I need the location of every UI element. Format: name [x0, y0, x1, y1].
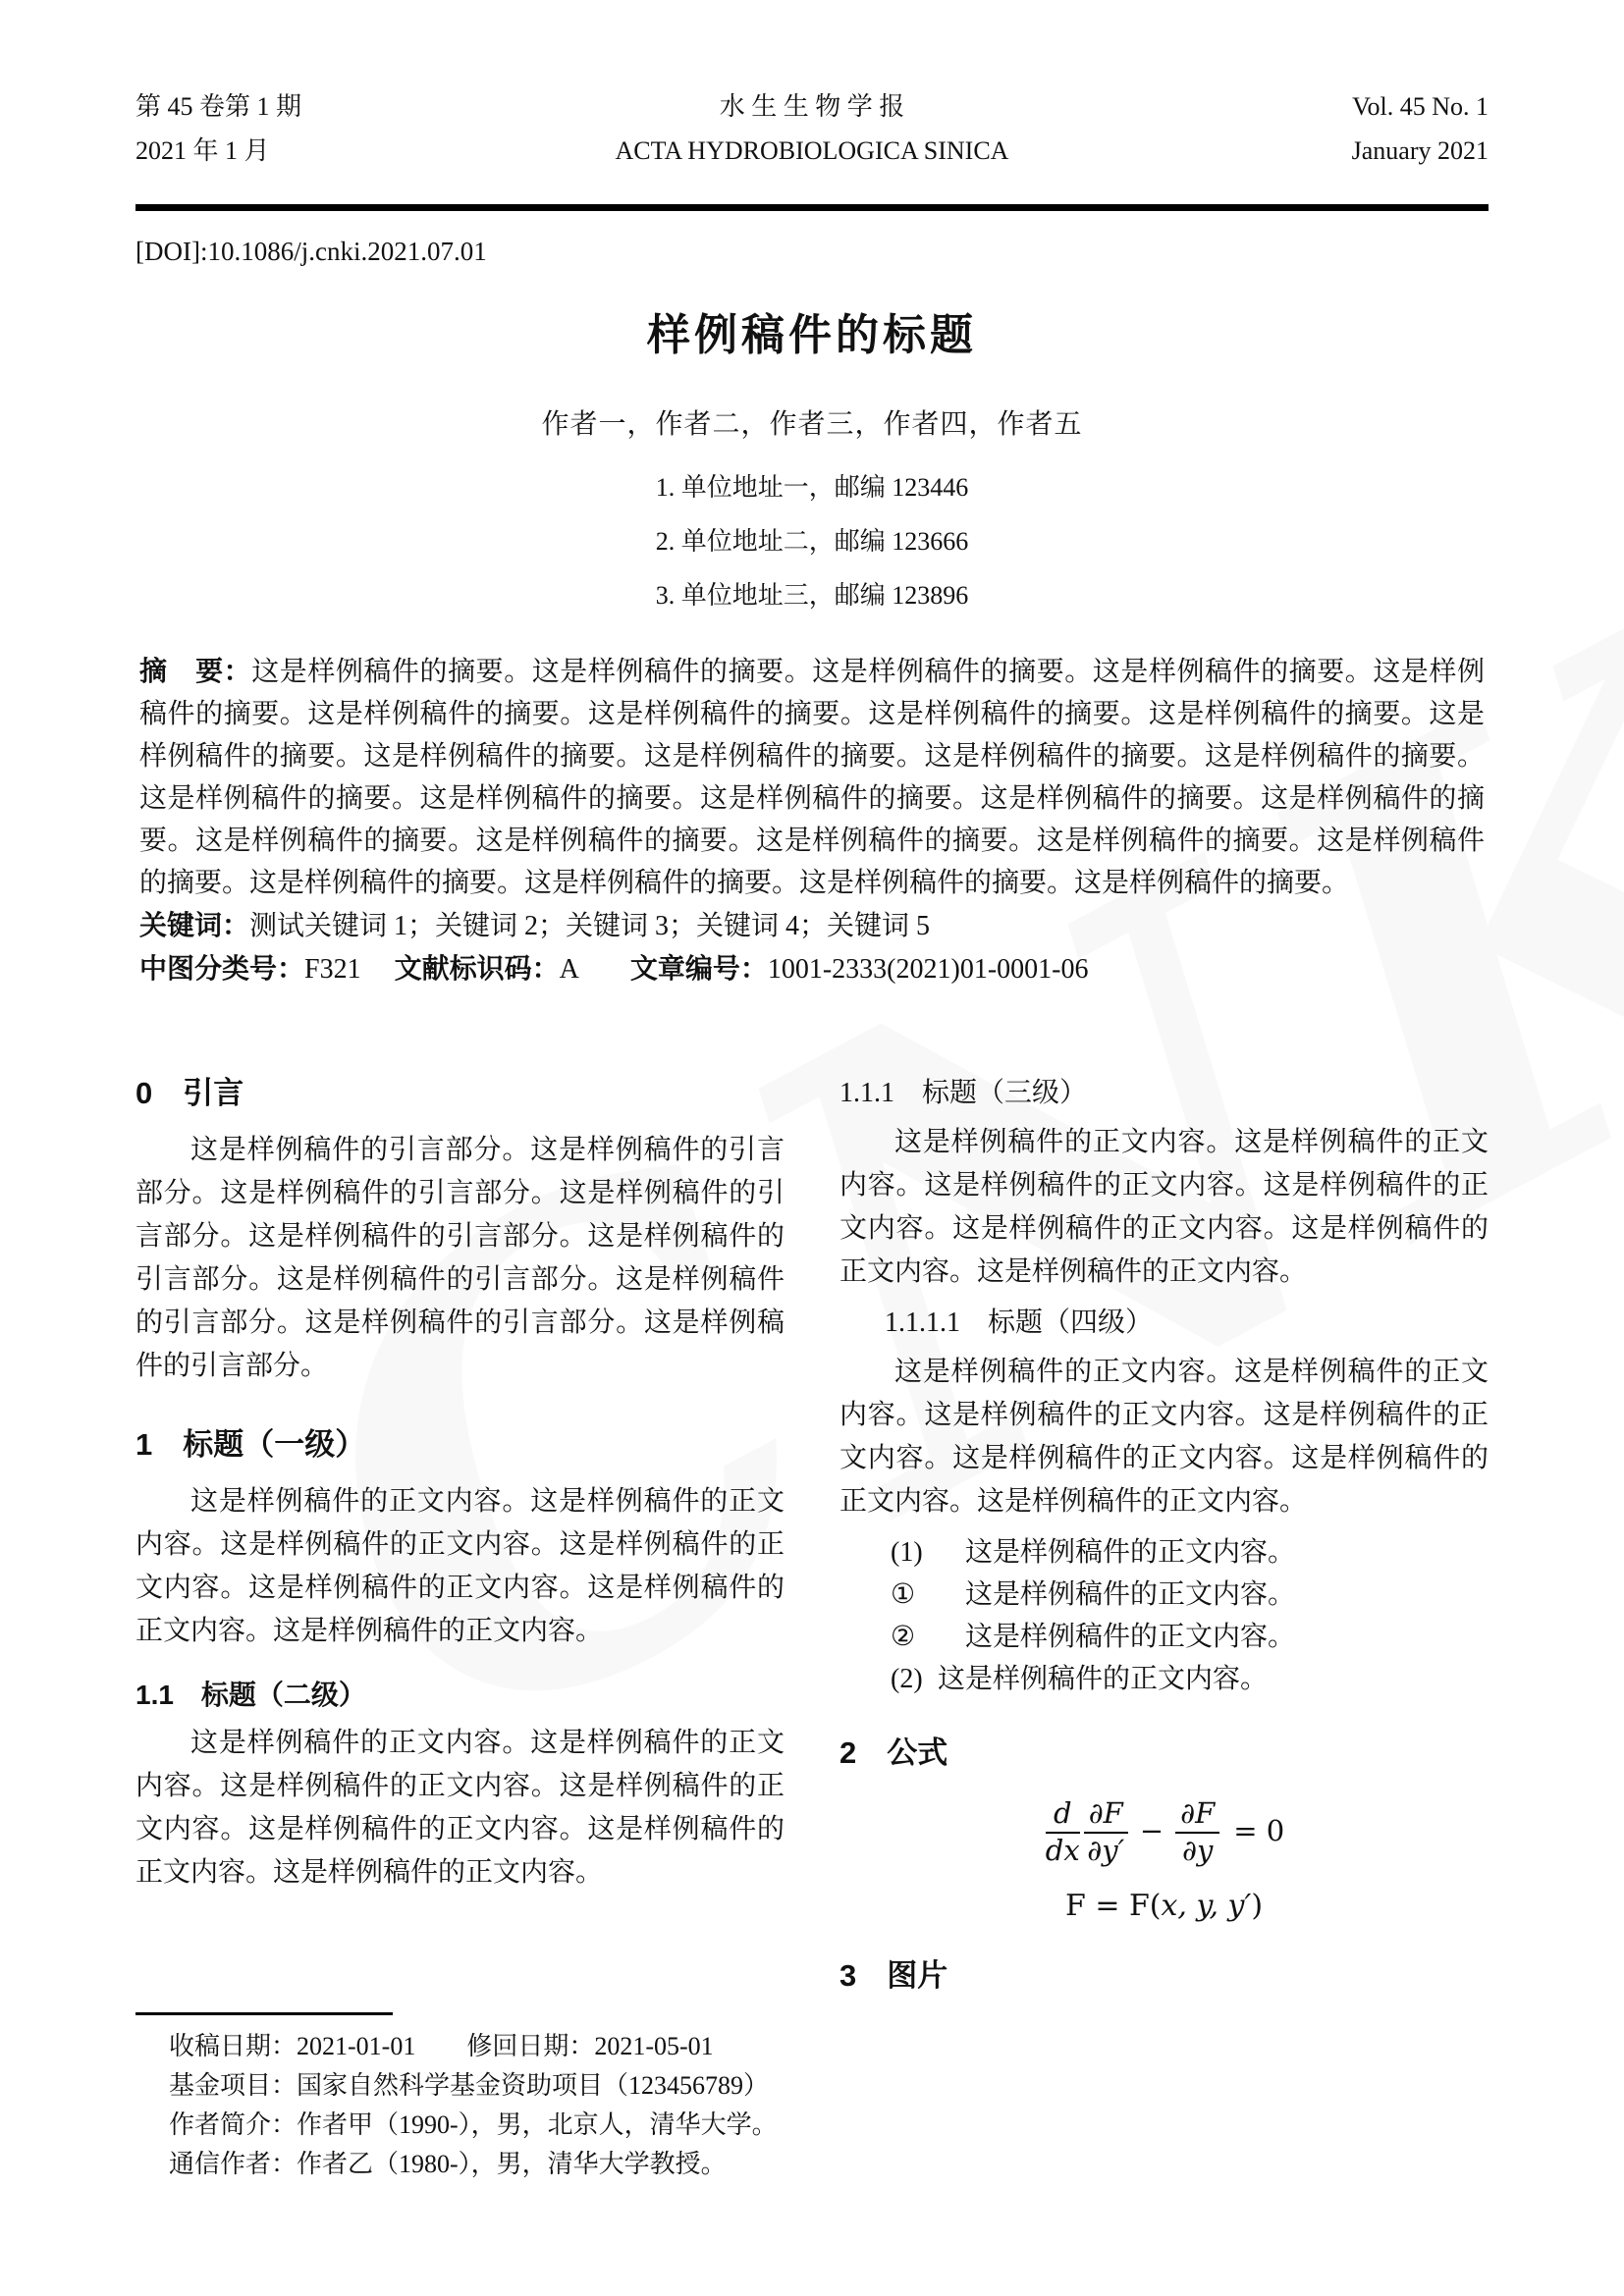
equals-zero: = 0	[1233, 1814, 1284, 1847]
footnote-dates: 收稿日期：2021-01-01 修回日期：2021-05-01	[135, 2027, 1489, 2066]
list-item-text: 这是样例稿件的正文内容。	[938, 1664, 1268, 1694]
classification-line: 中图分类号：F321文献标识码：A文章编号：1001-2333(2021)01-…	[139, 947, 1485, 990]
list-item-text: 这是样例稿件的正文内容。	[965, 1537, 1295, 1568]
abstract-label: 摘 要：	[139, 656, 251, 686]
section-heading-level1: 1 标题（一级）	[135, 1425, 785, 1465]
list-marker: ①	[891, 1574, 965, 1616]
formula-f-definition: F = F(x, y, y′)	[839, 1889, 1489, 1923]
keywords-label: 关键词：	[139, 910, 249, 940]
section1-1-1-1-paragraph: 这是样例稿件的正文内容。这是样例稿件的正文内容。这是样例稿件的正文内容。这是样例…	[839, 1351, 1489, 1523]
left-column: 0 引言 这是样例稿件的引言部分。这是样例稿件的引言部分。这是样例稿件的引言部分…	[135, 1074, 785, 1895]
issue-date-en: January 2021	[1008, 129, 1489, 173]
section-heading-level4: 1.1.1.1 标题（四级）	[839, 1304, 1489, 1343]
numbered-list: (1)这是样例稿件的正文内容。 ①这是样例稿件的正文内容。 ②这是样例稿件的正文…	[839, 1531, 1489, 1700]
footnote-corresponding-author: 通信作者：作者乙（1980-），男，清华大学教授。	[135, 2145, 1489, 2184]
journal-name-en: ACTA HYDROBIOLOGICA SINICA	[616, 129, 1009, 173]
list-item-text: 这是样例稿件的正文内容。	[965, 1622, 1295, 1652]
running-head-left: 第 45 卷第 1 期 2021 年 1 月	[135, 84, 616, 173]
issue-date-cn: 2021 年 1 月	[135, 129, 616, 173]
fraction-dF-dy: ∂F∂y	[1175, 1798, 1219, 1867]
issue-number: 第 45 卷第 1 期	[135, 84, 616, 129]
running-head: 第 45 卷第 1 期 2021 年 1 月 水 生 生 物 学 报 ACTA …	[135, 84, 1489, 173]
doc-code-value: A	[560, 954, 579, 985]
list-marker: ②	[891, 1616, 965, 1658]
formula-euler-lagrange: ddx∂F∂y′−∂F∂y= 0	[839, 1798, 1489, 1867]
running-head-right: Vol. 45 No. 1 January 2021	[1008, 84, 1489, 173]
fraction-d-dx: ddx	[1046, 1798, 1080, 1867]
abstract-paragraph: 摘 要：这是样例稿件的摘要。这是样例稿件的摘要。这是样例稿件的摘要。这是样例稿件…	[139, 650, 1485, 904]
header-divider-rule	[135, 204, 1489, 211]
section-heading-level3: 1.1.1 标题（三级）	[839, 1074, 1489, 1113]
footnote-block: 收稿日期：2021-01-01 修回日期：2021-05-01 基金项目：国家自…	[135, 2012, 1489, 2184]
keywords-line: 关键词：测试关键词 1；关键词 2；关键词 3；关键词 4；关键词 5	[139, 904, 1485, 947]
volume-number-en: Vol. 45 No. 1	[1008, 84, 1489, 129]
article-id-value: 1001-2333(2021)01-0001-06	[768, 954, 1089, 985]
section-heading-formula: 2 公式	[839, 1734, 1489, 1773]
section-heading-figure: 3 图片	[839, 1956, 1489, 1996]
article-title: 样例稿件的标题	[135, 310, 1489, 362]
affiliation-item: 2. 单位地址二，邮编 123666	[135, 514, 1489, 568]
list-marker: (2)	[891, 1658, 938, 1700]
author-list: 作者一，作者二，作者三，作者四，作者五	[135, 411, 1489, 439]
right-column: 1.1.1 标题（三级） 这是样例稿件的正文内容。这是样例稿件的正文内容。这是样…	[839, 1074, 1489, 1996]
clc-label: 中图分类号：	[139, 953, 304, 984]
section1-paragraph: 这是样例稿件的正文内容。这是样例稿件的正文内容。这是样例稿件的正文内容。这是样例…	[135, 1480, 785, 1653]
section-heading-intro: 0 引言	[135, 1074, 785, 1113]
footnote-divider-rule	[135, 2012, 393, 2015]
keywords-text: 测试关键词 1；关键词 2；关键词 3；关键词 4；关键词 5	[249, 911, 930, 941]
list-item: (1)这是样例稿件的正文内容。	[839, 1531, 1489, 1574]
journal-name-cn: 水 生 生 物 学 报	[616, 84, 1009, 129]
body-columns: 0 引言 这是样例稿件的引言部分。这是样例稿件的引言部分。这是样例稿件的引言部分…	[135, 1074, 1489, 1996]
list-item: ②这是样例稿件的正文内容。	[839, 1616, 1489, 1658]
abstract-text: 这是样例稿件的摘要。这是样例稿件的摘要。这是样例稿件的摘要。这是样例稿件的摘要。…	[139, 657, 1485, 898]
list-item-text: 这是样例稿件的正文内容。	[965, 1579, 1295, 1610]
running-head-center: 水 生 生 物 学 报 ACTA HYDROBIOLOGICA SINICA	[616, 84, 1009, 173]
section1-1-1-paragraph: 这是样例稿件的正文内容。这是样例稿件的正文内容。这是样例稿件的正文内容。这是样例…	[839, 1121, 1489, 1294]
affiliation-list: 1. 单位地址一，邮编 123446 2. 单位地址二，邮编 123666 3.…	[135, 460, 1489, 622]
list-item: ①这是样例稿件的正文内容。	[839, 1574, 1489, 1616]
clc-value: F321	[304, 954, 361, 985]
doi-line: [DOI]:10.1086/j.cnki.2021.07.01	[135, 237, 1489, 267]
list-item: (2)这是样例稿件的正文内容。	[839, 1658, 1489, 1700]
intro-paragraph: 这是样例稿件的引言部分。这是样例稿件的引言部分。这是样例稿件的引言部分。这是样例…	[135, 1129, 785, 1388]
journal-page: CNKI 第 45 卷第 1 期 2021 年 1 月 水 生 生 物 学 报 …	[0, 0, 1624, 2296]
footnote-author-bio: 作者简介：作者甲（1990-），男，北京人，清华大学。	[135, 2106, 1489, 2145]
section1-1-paragraph: 这是样例稿件的正文内容。这是样例稿件的正文内容。这是样例稿件的正文内容。这是样例…	[135, 1722, 785, 1895]
minus-operator: −	[1140, 1814, 1164, 1847]
fraction-dF-dyprime: ∂F∂y′	[1084, 1798, 1128, 1867]
affiliation-item: 1. 单位地址一，邮编 123446	[135, 460, 1489, 514]
affiliation-item: 3. 单位地址三，邮编 123896	[135, 568, 1489, 622]
footnote-funding: 基金项目：国家自然科学基金资助项目（123456789）	[135, 2066, 1489, 2106]
section-heading-level2: 1.1 标题（二级）	[135, 1677, 785, 1714]
list-marker: (1)	[891, 1531, 965, 1574]
article-id-label: 文章编号：	[630, 953, 768, 984]
doc-code-label: 文献标识码：	[395, 953, 560, 984]
